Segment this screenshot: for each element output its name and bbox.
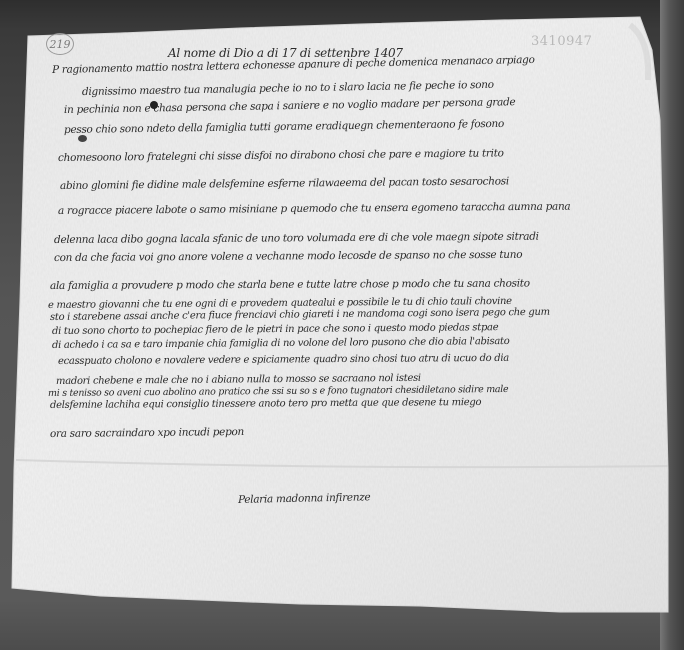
body-line-13: di tuo sono chorto to pochepiac fiero de…: [52, 322, 498, 337]
ink-smudge: [78, 135, 87, 142]
body-line-6: abino glomini fie didine male delsfemine…: [60, 175, 509, 192]
signature: Pelaria madonna infirenze: [238, 491, 371, 506]
body-line-2: dignissimo maestro tua manalugia peche i…: [82, 79, 494, 98]
body-line-4: pesso chio sono ndeto della famiglia tut…: [64, 118, 504, 136]
body-line-3: in pechinia non e chasa persona che sapa…: [64, 96, 516, 116]
body-line-18: delsfemine lachiha equi consiglio tiness…: [50, 397, 481, 411]
body-line-9: con da che facia voi gno anore volene a …: [54, 249, 522, 264]
body-line-8: delenna laca dibo gogna lacala sfanic de…: [54, 231, 539, 246]
body-line-7: a rogracce piacere labote o samo misinia…: [58, 201, 570, 217]
body-line-14: di achedo i ca sa e taro impanie chia fa…: [52, 336, 510, 351]
body-line-15: ecasspuato cholono e novalere vedere e s…: [58, 353, 509, 367]
body-line-5: chomesoono loro fratelegni chi sisse dis…: [58, 147, 504, 164]
body-line-19-closing: ora saro sacraindaro xpo incudi pepon: [50, 426, 244, 440]
ink-blot: [150, 101, 158, 109]
body-line-10: ala famiglia a provudere p modo che star…: [50, 277, 530, 292]
letter-text: Al nome di Dio a di 17 di settenbre 1407…: [0, 0, 684, 650]
